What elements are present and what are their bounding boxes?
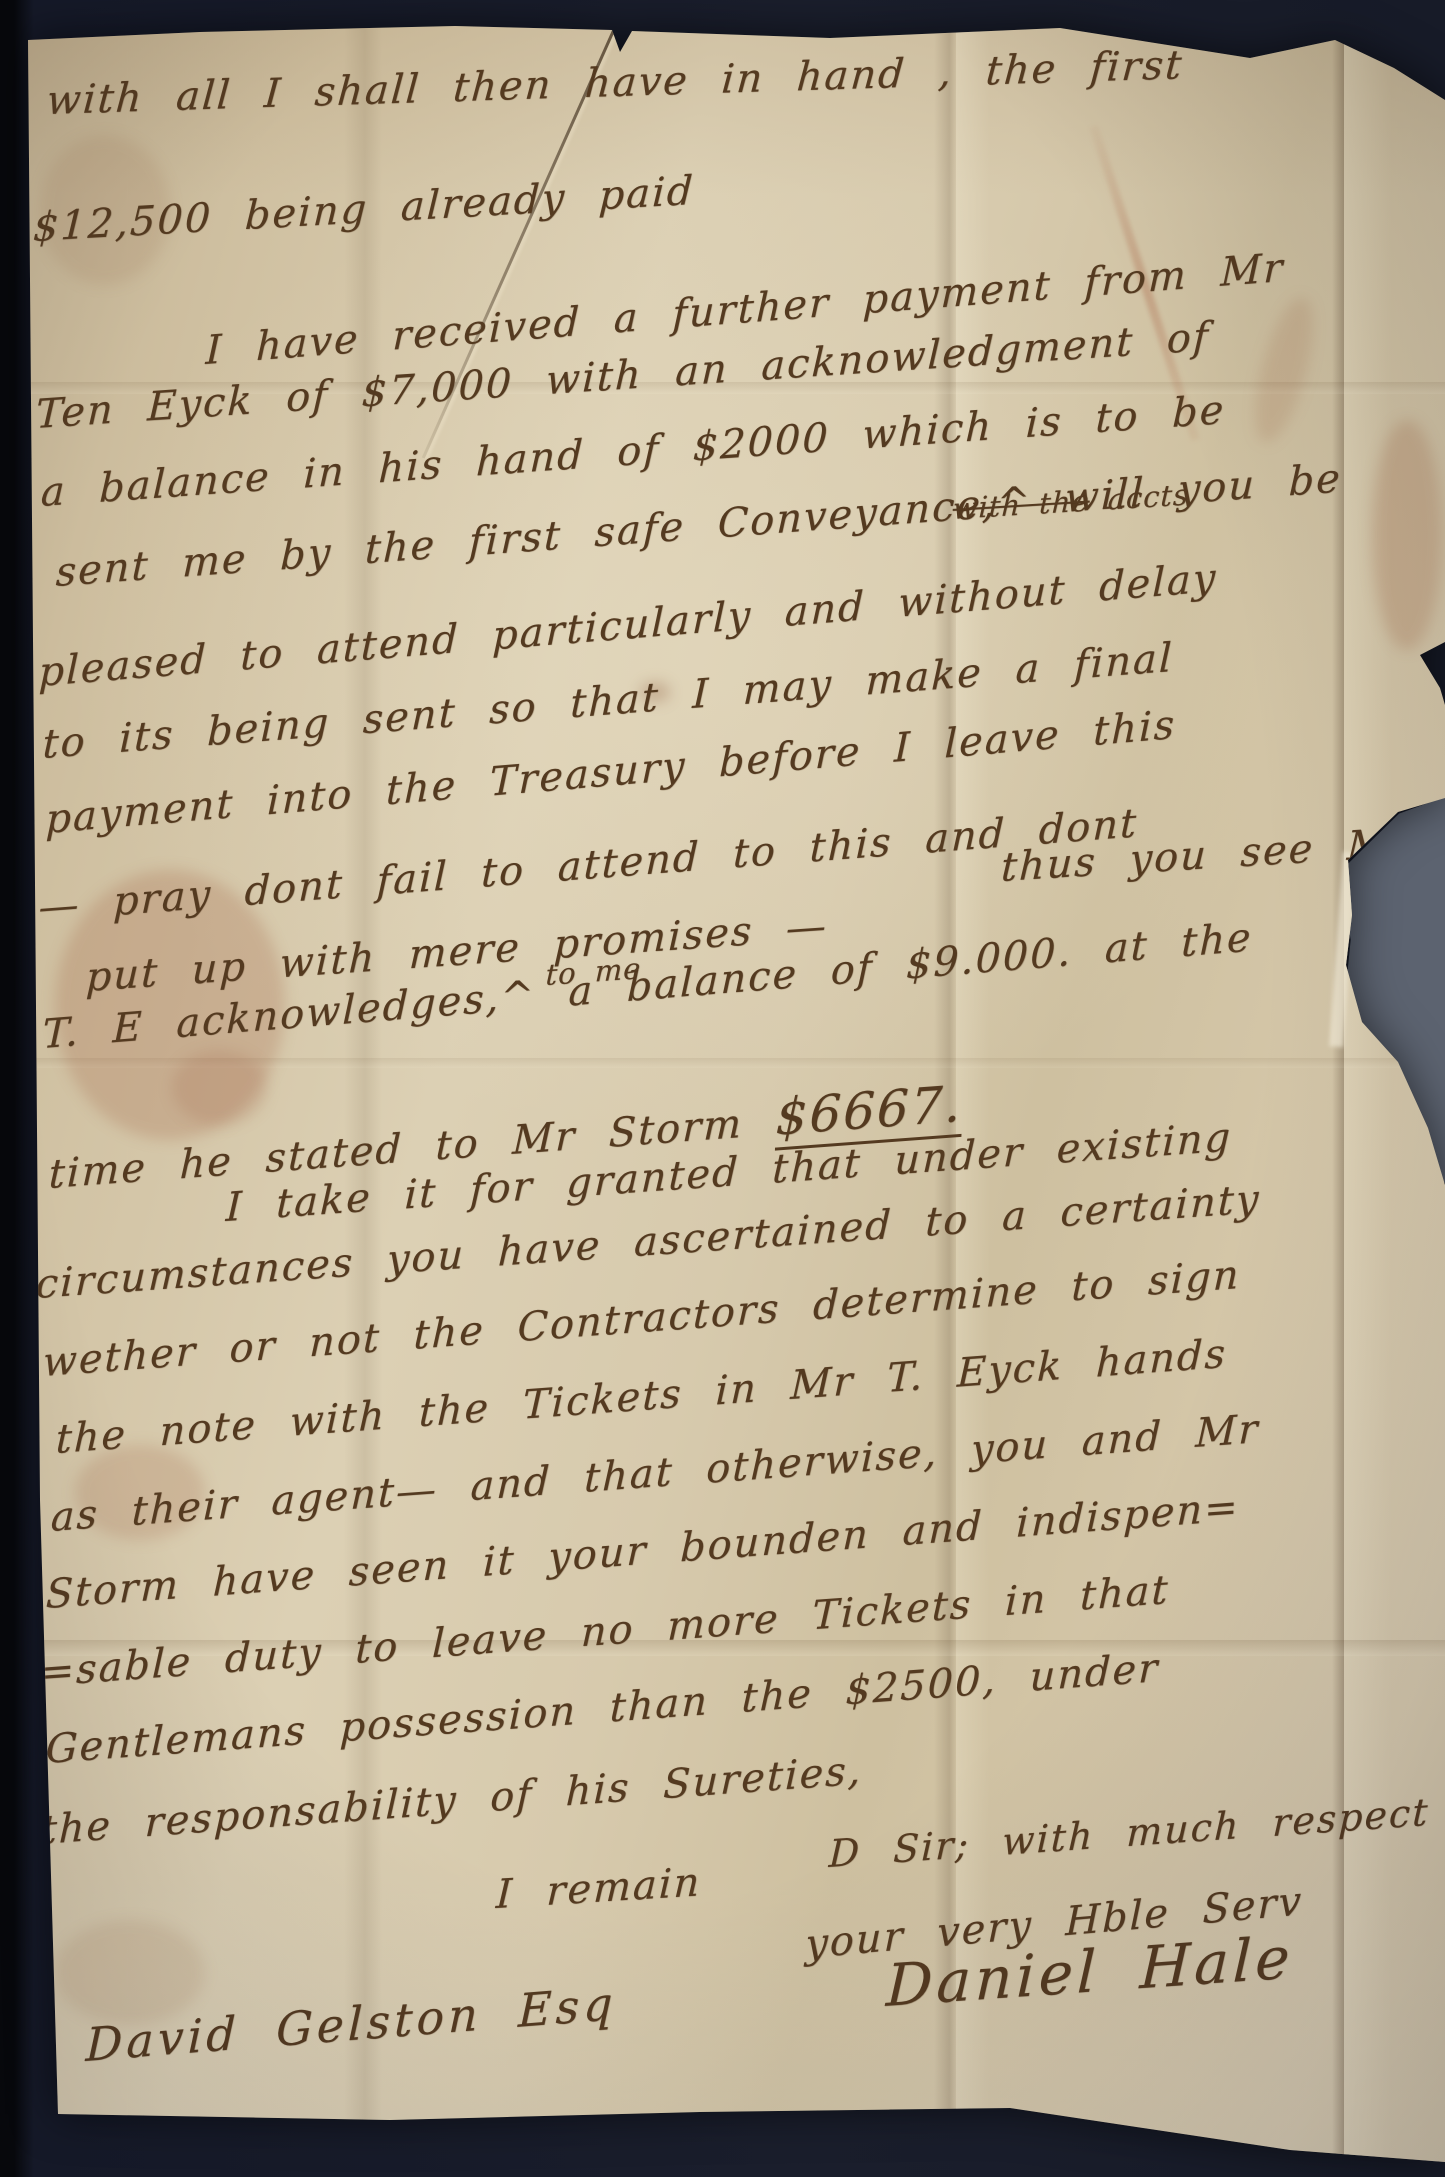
letter-paper: with all I shall then have in hand , the…	[0, 0, 1445, 2177]
closing-line: I remain	[495, 1859, 702, 1918]
paper-shadow-wrap: with all I shall then have in hand , the…	[0, 0, 1445, 2177]
photo-background: with all I shall then have in hand , the…	[0, 0, 1445, 2177]
insertion-text: accts	[1089, 477, 1190, 517]
letter-line: $12,500 being already paid	[32, 168, 696, 251]
interline-insertion: to me	[545, 951, 642, 992]
closing-line: D Sir; with much respect	[828, 1790, 1430, 1876]
letter-text-layer: with all I shall then have in hand , the…	[0, 0, 1445, 2177]
letter-line: with all I shall then have in hand , the…	[45, 42, 1185, 124]
addressee: David Gelston Esq	[85, 1976, 617, 2072]
